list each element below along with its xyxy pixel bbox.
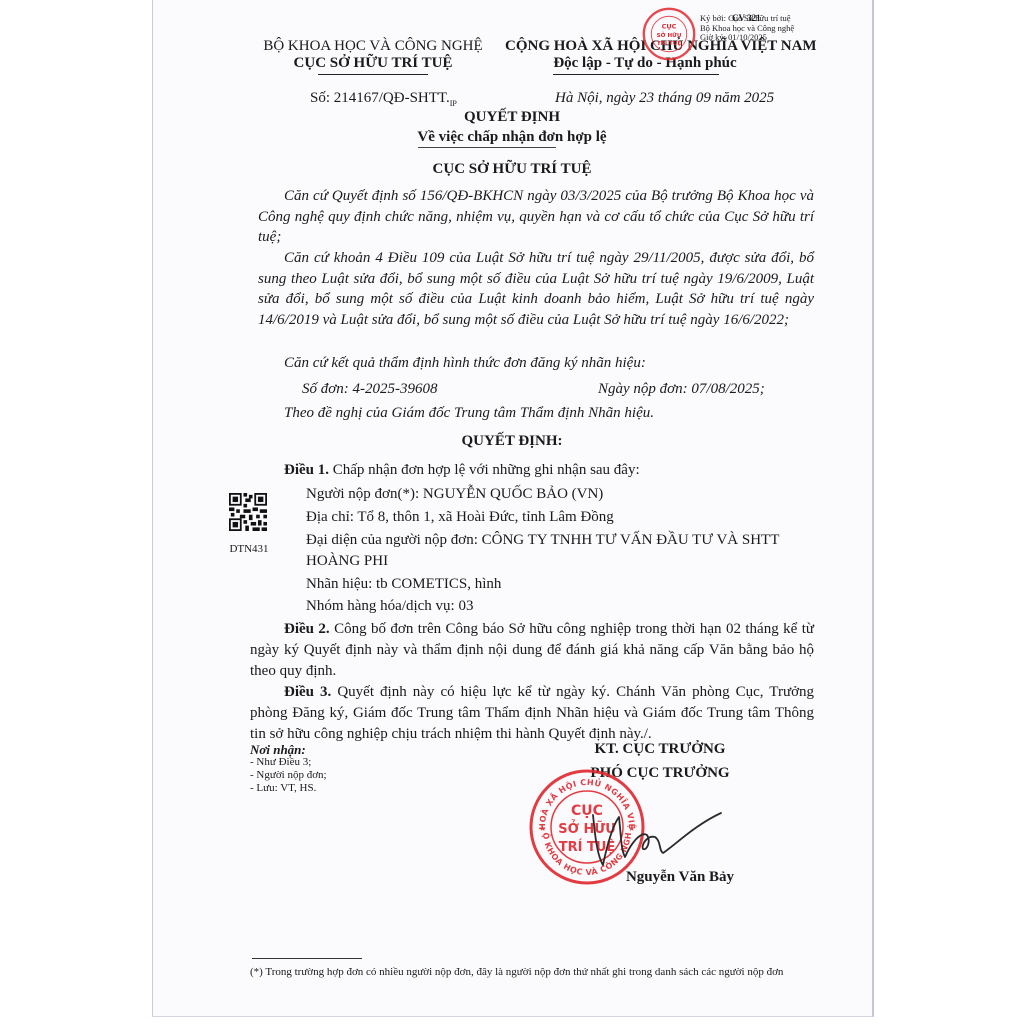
signatory-name: Nguyễn Văn Bảy <box>580 869 780 886</box>
subject-underline <box>418 147 556 148</box>
trademark: Nhãn hiệu: tb COMETICS, hình <box>306 576 501 593</box>
basis-3: Căn cứ kết quả thẩm định hình thức đơn đ… <box>284 355 646 372</box>
signed-time: Giờ ký: 01/10/2025 <box>700 33 794 43</box>
document-number-text: Số: 214167/QĐ-SHTT. <box>310 90 450 106</box>
document-number-suffix: IP <box>450 99 457 108</box>
recipients-heading: Nơi nhận: <box>250 743 327 756</box>
signatory-title: KT. CỤC TRƯỞNG <box>560 741 760 758</box>
place-date: Hà Nội, ngày 23 tháng 09 năm 2025 <box>555 90 774 107</box>
svg-text:SỞ HỮU: SỞ HỮU <box>657 31 682 39</box>
footnote: (*) Trong trường hợp đơn có nhiều người … <box>250 965 810 980</box>
handwritten-signature-icon <box>585 795 725 870</box>
document-number: Số: 214167/QĐ-SHTT.IP <box>310 90 457 108</box>
article-3: Điều 3. Quyết định này có hiệu lực kể từ… <box>250 682 814 745</box>
basis-2: Căn cứ khoản 4 Điều 109 của Luật Sở hữu … <box>258 248 814 330</box>
article-2-label: Điều 2. <box>284 621 330 637</box>
applicant-address: Địa chỉ: Tổ 8, thôn 1, xã Hoài Đức, tỉnh… <box>306 509 614 526</box>
goods-class: Nhóm hàng hóa/dịch vụ: 03 <box>306 598 473 615</box>
header-left: BỘ KHOA HỌC VÀ CÔNG NGHỆ CỤC SỞ HỮU TRÍ … <box>262 38 484 72</box>
article-3-text: Quyết định này có hiệu lực kể từ ngày ký… <box>250 684 814 742</box>
qr-code-label: DTN431 <box>224 543 274 555</box>
article-1-text: Chấp nhận đơn hợp lệ với những ghi nhận … <box>329 462 640 478</box>
article-3-label: Điều 3. <box>284 684 331 700</box>
svg-text:TRÍ TUỆ: TRÍ TUỆ <box>657 39 682 47</box>
application-number: Số đơn: 4-2025-39608 <box>302 381 438 398</box>
svg-text:CỤC: CỤC <box>662 22 677 30</box>
digital-seal-icon: CỤC SỞ HỮU TRÍ TUỆ <box>641 6 697 62</box>
digital-signature-overlay: CV 321 <box>732 13 761 23</box>
recipient-item: - Người nộp đơn; <box>250 769 327 782</box>
recipients: Nơi nhận: - Như Điều 3; - Người nộp đơn;… <box>250 743 327 795</box>
agency-name: CỤC SỞ HỮU TRÍ TUỆ <box>262 55 484 72</box>
article-2-text: Công bố đơn trên Công báo Sở hữu công ng… <box>250 621 814 679</box>
footnote-divider <box>252 958 362 959</box>
recipient-item: - Lưu: VT, HS. <box>250 782 327 795</box>
header-right-underline <box>553 74 719 75</box>
decision-heading: QUYẾT ĐỊNH: <box>262 433 762 450</box>
header-left-underline <box>318 74 428 75</box>
applicant: Người nộp đơn(*): NGUYỄN QUỐC BẢO (VN) <box>306 486 603 503</box>
representative-cont: HOÀNG PHI <box>306 553 388 570</box>
svg-text:★: ★ <box>539 824 546 833</box>
decision-subject: Về việc chấp nhận đơn hợp lệ <box>262 129 762 146</box>
decision-title: QUYẾT ĐỊNH <box>262 109 762 126</box>
issuer-heading: CỤC SỞ HỮU TRÍ TUỆ <box>262 161 762 178</box>
qr-code-icon <box>229 493 267 531</box>
ministry-name: BỘ KHOA HỌC VÀ CÔNG NGHỆ <box>262 38 484 55</box>
filing-date: Ngày nộp đơn: 07/08/2025; <box>598 381 765 398</box>
proposal: Theo đề nghị của Giám đốc Trung tâm Thẩm… <box>284 405 654 422</box>
article-2: Điều 2. Công bố đơn trên Công báo Sở hữu… <box>250 619 814 682</box>
representative: Đại diện của người nộp đơn: CÔNG TY TNHH… <box>306 532 779 549</box>
basis-1: Căn cứ Quyết định số 156/QĐ-BKHCN ngày 0… <box>258 186 814 248</box>
recipient-item: - Như Điều 3; <box>250 756 327 769</box>
article-1-label: Điều 1. <box>284 462 329 478</box>
article-1: Điều 1. Chấp nhận đơn hợp lệ với những g… <box>284 462 640 479</box>
